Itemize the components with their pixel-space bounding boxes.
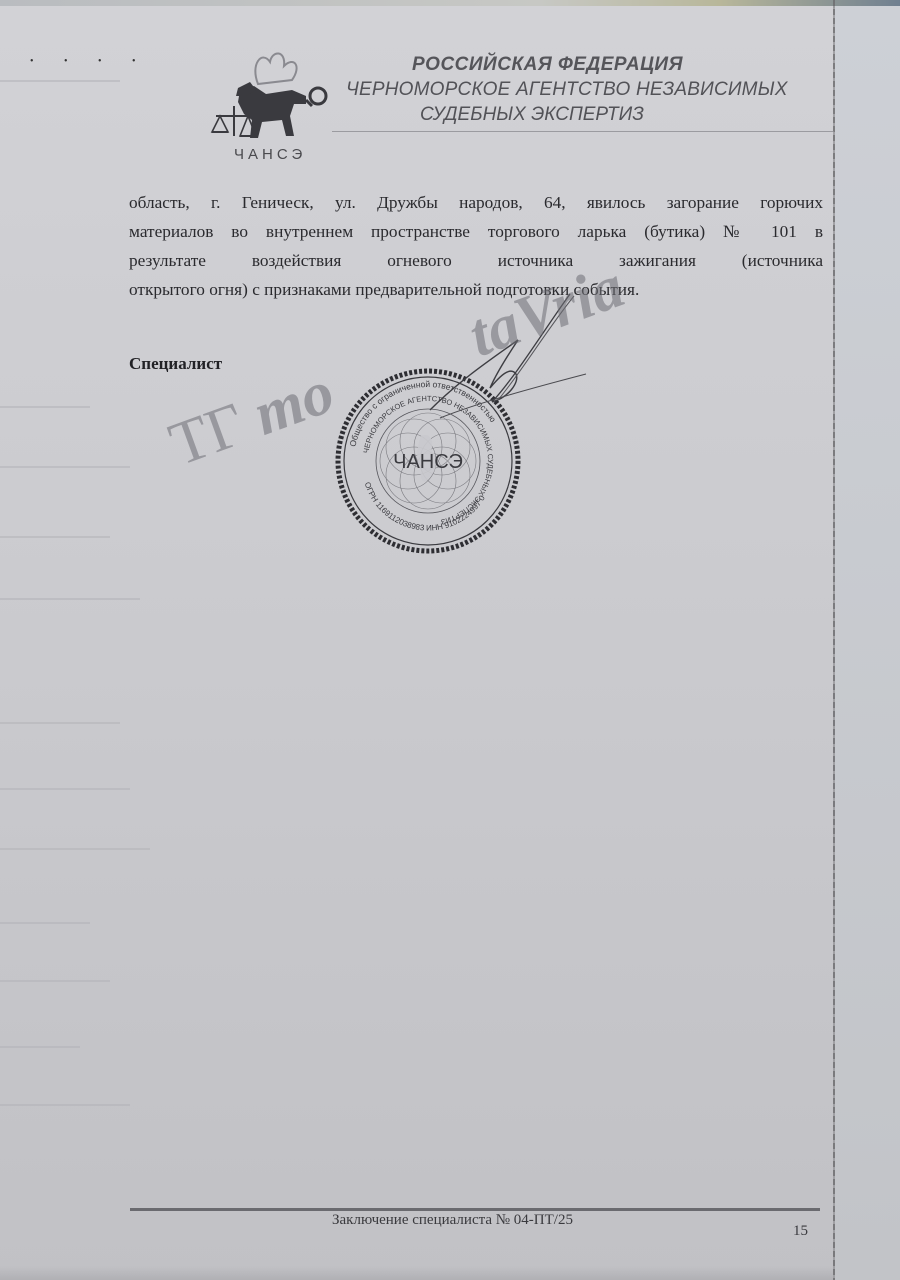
adjacent-page-strip (835, 6, 900, 1280)
header-org-line1: ЧЕРНОМОРСКОЕ АГЕНТСТВО НЕЗАВИСИМЫХ (346, 79, 788, 101)
footer-rule (130, 1208, 820, 1211)
show-through-line (0, 1046, 80, 1048)
header-rule (332, 131, 834, 132)
conclusion-paragraph: область, г. Геническ, ул. Дружбы народов… (129, 188, 823, 304)
show-through-line (0, 406, 90, 408)
show-through-line (0, 980, 110, 982)
footer-document-title: Заключение специалиста № 04-ПТ/25 (332, 1212, 573, 1229)
signature-icon (420, 290, 590, 420)
paragraph-line: результате воздействия огневого источник… (129, 246, 823, 275)
page-number: 15 (793, 1223, 808, 1240)
svg-text:ЧАНСЭ: ЧАНСЭ (393, 451, 463, 473)
show-through-line (0, 466, 130, 468)
show-through-line (0, 1104, 130, 1106)
header-org-line2: СУДЕБНЫХ ЭКСПЕРТИЗ (420, 104, 644, 126)
show-through-line (0, 598, 140, 600)
show-through-line (0, 848, 150, 850)
show-through-line (0, 80, 120, 82)
page-fold-line (833, 0, 835, 1280)
header-country: РОССИЙСКАЯ ФЕДЕРАЦИЯ (412, 54, 683, 76)
logo-caption: ЧАНСЭ (234, 146, 306, 163)
paragraph-line: материалов во внутреннем пространстве то… (129, 217, 823, 246)
bottom-shadow (0, 1266, 833, 1280)
show-through-line (0, 922, 90, 924)
show-through-line (0, 722, 120, 724)
signatory-label: Специалист (129, 354, 222, 374)
show-through-line (0, 788, 130, 790)
hole-punch-dots: • • • • (30, 56, 150, 67)
show-through-line (0, 536, 110, 538)
paragraph-line: область, г. Геническ, ул. Дружбы народов… (129, 188, 823, 217)
